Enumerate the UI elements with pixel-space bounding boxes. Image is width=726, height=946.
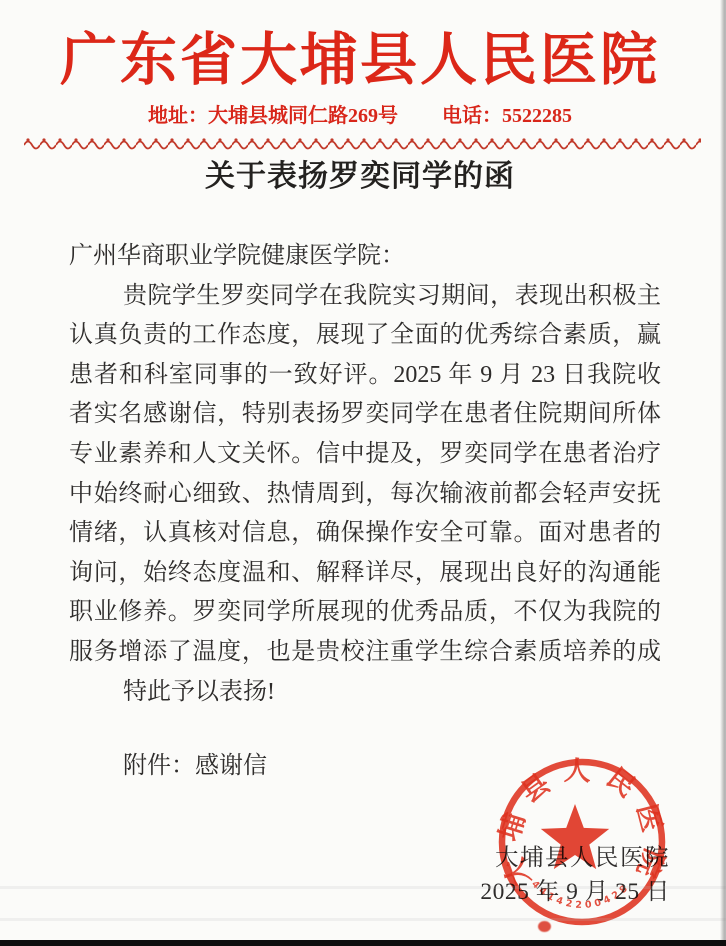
- phone-item: 电话：5522285: [442, 99, 572, 128]
- scan-band: [0, 918, 726, 921]
- phone-label: 电话：: [442, 105, 502, 127]
- scan-right-edge: [720, 0, 726, 946]
- letter-page: 广东省大埔县人民医院 地址：大埔县城同仁路269号 电话：5522285 关于表…: [0, 0, 726, 946]
- address-label: 地址：: [148, 105, 208, 127]
- body-line: 职业修养。罗奕同学所展现的优秀品质，不仅为我院的医疗: [69, 593, 661, 633]
- scan-bottom-bar: [0, 940, 726, 946]
- seal-ink-dot: [538, 921, 551, 932]
- seal-code: 44142200428: [529, 879, 632, 911]
- svg-text:44142200428: 44142200428: [529, 879, 632, 911]
- body-line: 者实名感谢信，特别表扬罗奕同学在患者住院期间所体现的: [69, 395, 661, 435]
- body-line: 服务增添了温度，也是贵校注重学生综合素质培养的成果。: [69, 633, 661, 673]
- official-seal: 大埔县人民医院 44142200428: [492, 752, 672, 936]
- letter-body: 广州华商职业学院健康医学院： 贵院学生罗奕同学在我院实习期间，表现出积极主动、 …: [69, 237, 661, 787]
- body-line: 情绪，认真核对信息，确保操作安全可靠。面对患者的多次: [69, 514, 661, 554]
- wave-divider: [24, 136, 701, 150]
- address-line: 地址：大埔县城同仁路269号 电话：5522285: [0, 99, 720, 128]
- hospital-name: 广东省大埔县人民医院: [0, 14, 720, 96]
- star-icon: [541, 804, 609, 869]
- phone-value: 5522285: [502, 105, 572, 127]
- body-line: 患者和科室同事的一致好评。2025 年 9 月 23 日我院收到患: [69, 356, 661, 396]
- address-value: 大埔县城同仁路269号: [208, 105, 398, 127]
- body-line: 专业素养和人文关怀。信中提及，罗奕同学在患者治疗过程: [69, 435, 661, 475]
- body-line: 中始终耐心细致、热情周到，每次输液前都会轻声安抚患者: [69, 475, 661, 515]
- letter-title: 关于表扬罗奕同学的函: [0, 151, 720, 195]
- salutation: 广州华商职业学院健康医学院：: [69, 237, 661, 277]
- body-line: 询问，始终态度温和、解释详尽，展现出良好的沟通能力和: [69, 554, 661, 594]
- body-line: 贵院学生罗奕同学在我院实习期间，表现出积极主动、: [69, 277, 661, 317]
- scan-band: [0, 886, 726, 889]
- body-line: 认真负责的工作态度，展现了全面的优秀综合素质，赢得了: [69, 316, 661, 356]
- closing-line: 特此予以表扬!: [69, 673, 661, 713]
- address-item: 地址：大埔县城同仁路269号: [148, 99, 398, 128]
